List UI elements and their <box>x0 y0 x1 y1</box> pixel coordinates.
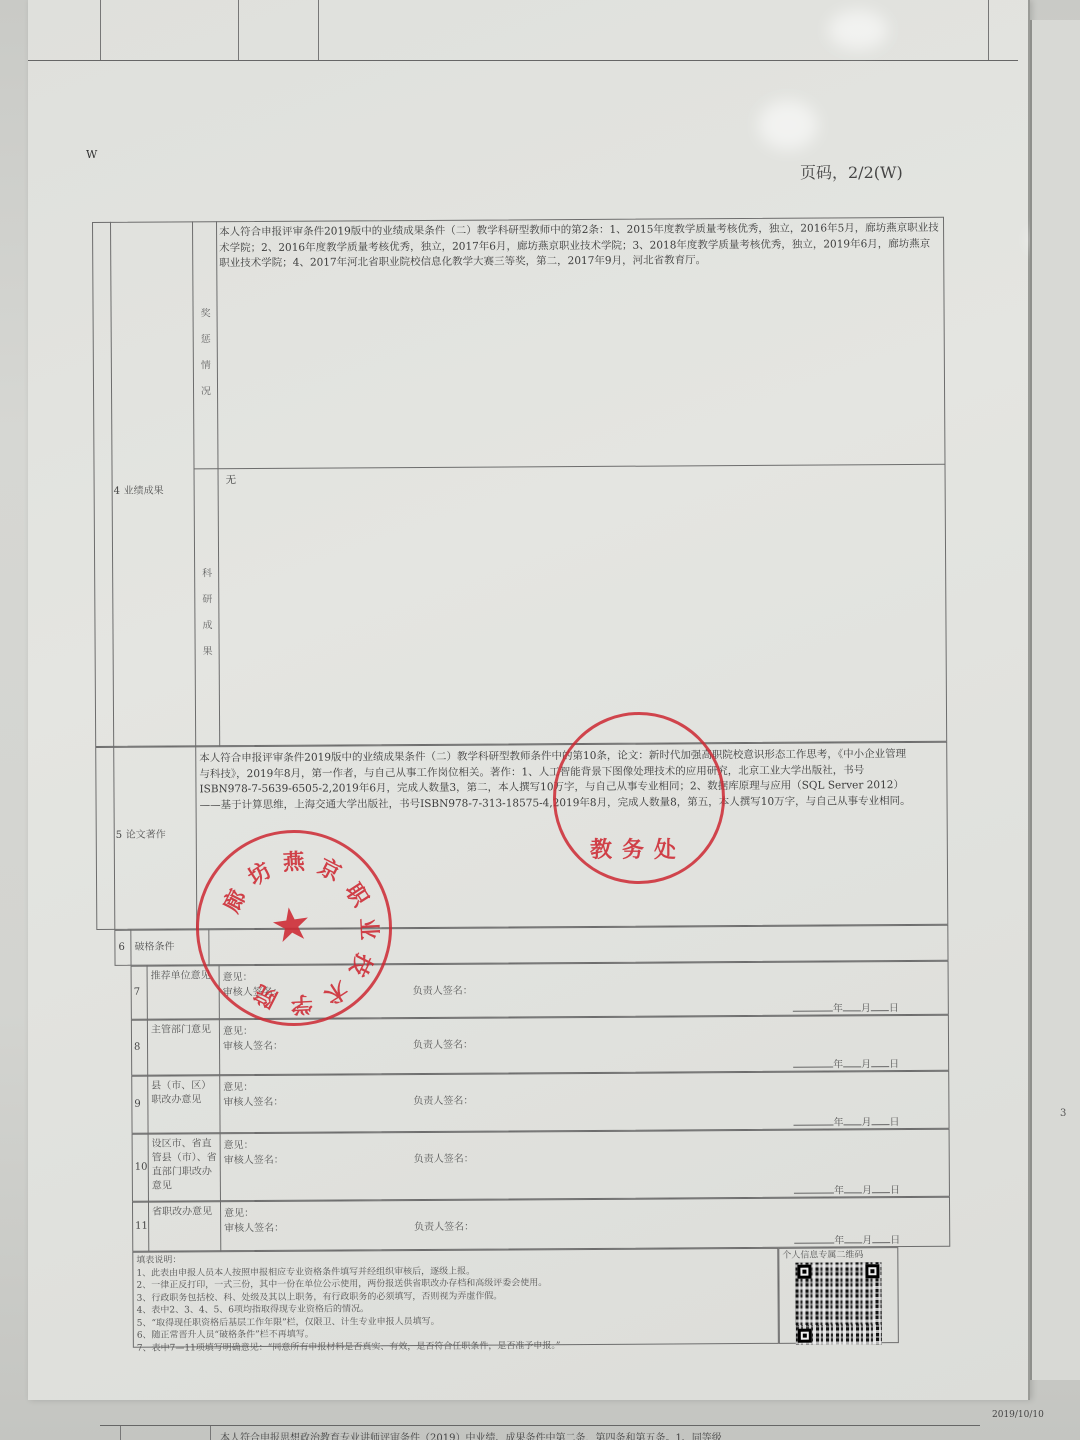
seal-char: 业 <box>354 917 386 941</box>
reviewer-signature[interactable]: 审核人签名： <box>224 1219 284 1234</box>
application-form: 4 业绩成果 奖惩情况 本人符合申报评审条件2019版中的业绩成果条件（二）教学… <box>92 217 953 1352</box>
awards-text: 本人符合申报评审条件2019版中的业绩成果条件（二）教学科研型教师中的第2条：1… <box>219 221 939 272</box>
seal-char: 京 <box>314 850 348 888</box>
opinion-label: 意见： <box>223 1022 253 1037</box>
seal-char: 院 <box>248 978 282 1016</box>
reviewer-signature[interactable]: 审核人签名： <box>224 1151 284 1166</box>
row-4b-label: 科研成果 <box>201 561 214 665</box>
row-index: 7 <box>134 987 140 998</box>
adjacent-sheet: 3 <box>1030 20 1080 1380</box>
row-4-index: 4 <box>114 486 120 497</box>
row-label: 县（市、区）职改办意见 <box>151 1079 217 1107</box>
document-sheet: W 页码，2/2(W) 4 业绩成果 奖惩情况 本人符合申报评审条件2019版中… <box>28 0 1030 1400</box>
qr-code[interactable] <box>795 1262 881 1345</box>
seal-center-text: 教务处 <box>590 833 686 864</box>
opinion-label: 意见： <box>224 1136 254 1151</box>
opinion-label: 意见： <box>224 1204 254 1219</box>
adjacent-page-number: 3 <box>1060 1108 1066 1119</box>
row-5-index: 5 <box>116 830 122 841</box>
seal-char: 燕 <box>282 845 306 877</box>
seal-char: 学 <box>290 989 314 1021</box>
reviewer-signature[interactable]: 审核人签名： <box>223 1037 283 1052</box>
leader-signature[interactable]: 负责人签名： <box>414 1150 474 1165</box>
opinion-label: 意见： <box>223 1078 253 1093</box>
row-5-label: 论文著作 <box>126 829 166 843</box>
reviewer-signature[interactable]: 审核人签名： <box>223 1093 283 1108</box>
seal-char: 廊 <box>215 883 253 917</box>
row-6-label: 破格条件 <box>134 941 174 955</box>
leader-signature[interactable]: 负责人签名： <box>414 1218 474 1233</box>
academic-affairs-seal: 教务处 <box>553 712 725 884</box>
research-text: 无 <box>226 473 237 489</box>
qr-title: 个人信息专属二维码 <box>782 1247 863 1260</box>
row-label: 主管部门意见 <box>151 1023 217 1037</box>
photo-date-stamp: 2019/10/10 <box>992 1410 1044 1420</box>
date-field[interactable]: 年月日 <box>794 1181 900 1197</box>
star-icon: ★ <box>267 895 315 954</box>
row-index: 10 <box>135 1162 148 1173</box>
leader-signature[interactable]: 负责人签名： <box>413 1092 473 1107</box>
notes: 填表说明： 1、此表由申报人员本人按照申报相应专业资格条件填写并经组织审核后，逐… <box>136 1251 777 1355</box>
row-6-index: 6 <box>118 942 124 953</box>
row-label: 设区市、省直管县（市）、省直部门职改办意见 <box>152 1137 218 1193</box>
row-index: 9 <box>134 1099 140 1110</box>
row-index: 11 <box>135 1221 148 1232</box>
row-4 <box>92 217 947 747</box>
row-4a-label: 奖惩情况 <box>199 301 212 405</box>
seal-char: 职 <box>339 876 377 911</box>
seal-char: 坊 <box>241 854 276 892</box>
seal-char: 技 <box>343 949 381 983</box>
row-label: 省职改办意见 <box>152 1205 218 1219</box>
row-index: 8 <box>134 1042 140 1053</box>
corner-mark: W <box>86 148 97 161</box>
row-4-label: 业绩成果 <box>124 485 164 499</box>
seal-char: 术 <box>319 974 354 1012</box>
next-page-text: 本人符合申报思想政治教育专业讲师评审条件（2019）中业绩、成果条件中第二条，第… <box>220 1429 722 1440</box>
date-field[interactable]: 年月日 <box>793 1113 899 1129</box>
date-field[interactable]: 年月日 <box>794 1231 900 1247</box>
date-field[interactable]: 年月日 <box>793 1055 899 1071</box>
date-field[interactable]: 年月日 <box>793 999 899 1015</box>
page-number: 页码，2/2(W) <box>800 160 903 183</box>
leader-signature[interactable]: 负责人签名： <box>413 982 473 997</box>
next-page-table-edge: 本人符合申报思想政治教育专业讲师评审条件（2019）中业绩、成果条件中第二条，第… <box>100 1425 980 1440</box>
leader-signature[interactable]: 负责人签名： <box>413 1036 473 1051</box>
